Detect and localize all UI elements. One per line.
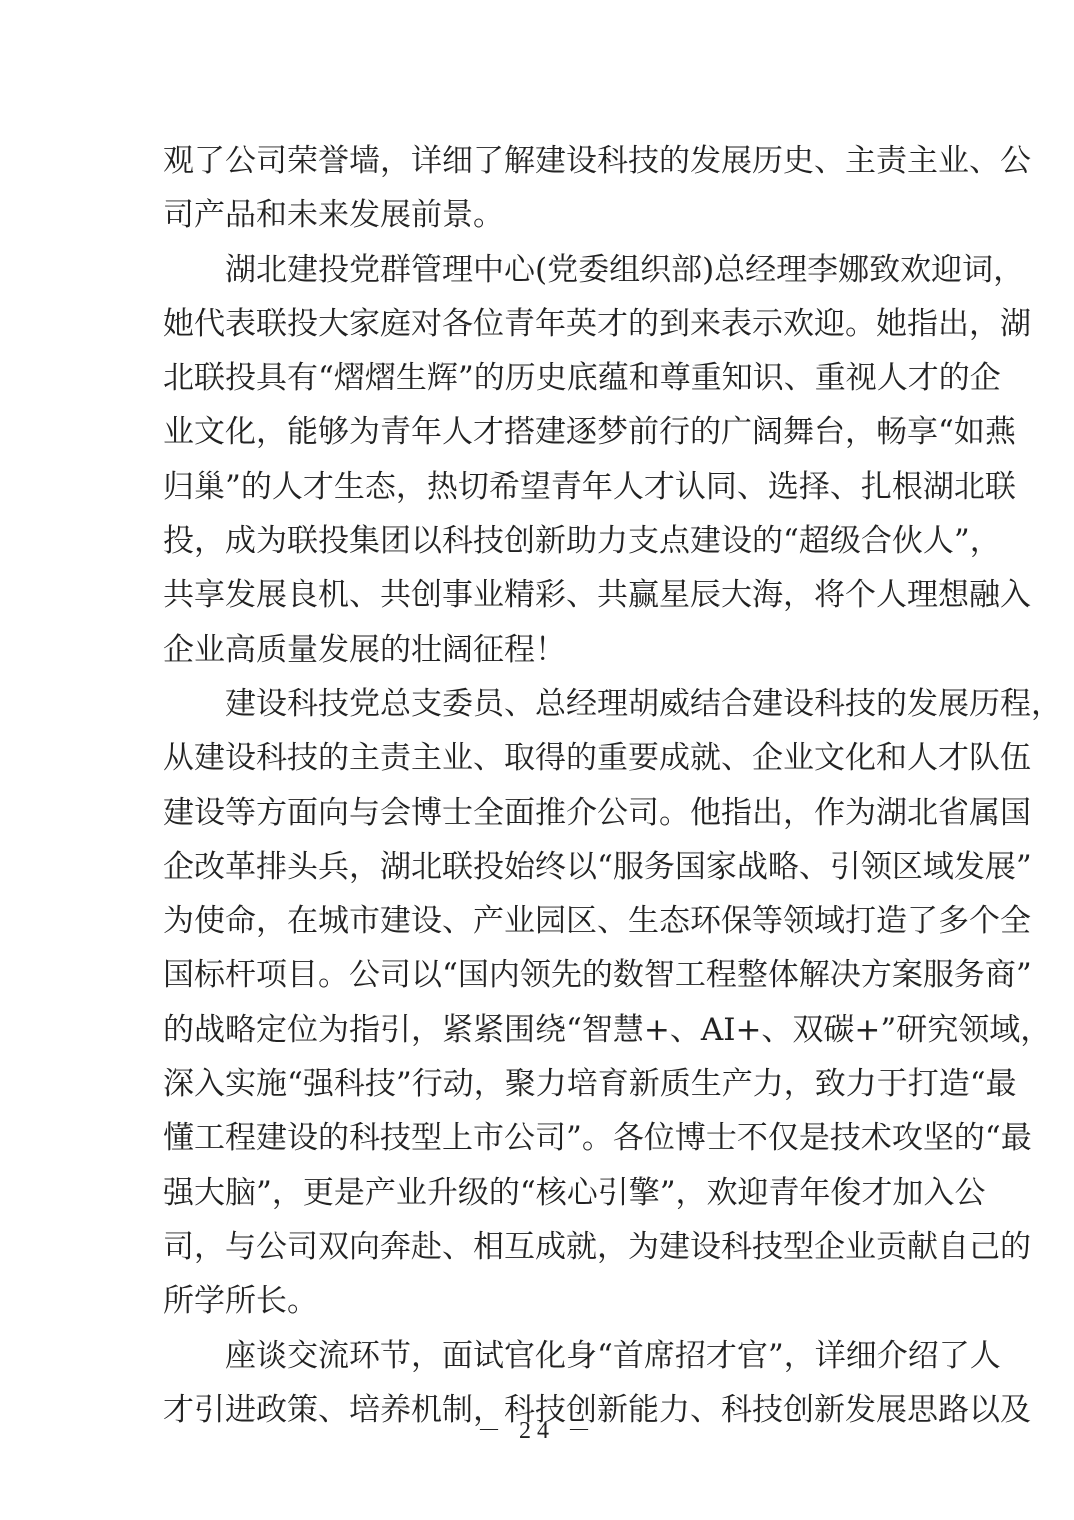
text-line: 共享发展良机、共创事业精彩、共赢星辰大海，将个人理想融入 bbox=[163, 568, 915, 622]
document-page: 观了公司荣誉墙，详细了解建设科技的发展历史、主责主业、公 司产品和未来发展前景。… bbox=[0, 0, 1074, 1520]
text-line: 企改革排头兵，湖北联投始终以“服务国家战略、引领区域发展” bbox=[163, 840, 915, 894]
text-line: 强大脑”，更是产业升级的“核心引擎”，欢迎青年俊才加入公 bbox=[163, 1166, 915, 1220]
text-line: 懂工程建设的科技型上市公司”。各位博士不仅是技术攻坚的“最 bbox=[163, 1111, 915, 1165]
page-number: － 24 － bbox=[0, 1410, 1074, 1445]
text-line: 从建设科技的主责主业、取得的重要成就、企业文化和人才队伍 bbox=[163, 731, 915, 785]
text-line: 座谈交流环节，面试官化身“首席招才官”，详细介绍了人 bbox=[163, 1329, 915, 1383]
text-line: 为使命，在城市建设、产业园区、生态环保等领域打造了多个全 bbox=[163, 894, 915, 948]
text-line: 湖北建投党群管理中心(党委组织部)总经理李娜致欢迎词， bbox=[163, 243, 915, 297]
text-line: 观了公司荣誉墙，详细了解建设科技的发展历史、主责主业、公 bbox=[163, 134, 915, 188]
text-line: 司，与公司双向奔赴、相互成就，为建设科技型企业贡献自己的 bbox=[163, 1220, 915, 1274]
text-line: 建设等方面向与会博士全面推介公司。他指出，作为湖北省属国 bbox=[163, 786, 915, 840]
text-line: 她代表联投大家庭对各位青年英才的到来表示欢迎。她指出，湖 bbox=[163, 297, 915, 351]
text-line: 业文化，能够为青年人才搭建逐梦前行的广阔舞台，畅享“如燕 bbox=[163, 405, 915, 459]
text-line: 北联投具有“熠熠生辉”的历史底蕴和尊重知识、重视人才的企 bbox=[163, 351, 915, 405]
text-line: 所学所长。 bbox=[163, 1274, 915, 1328]
body-text: 观了公司荣誉墙，详细了解建设科技的发展历史、主责主业、公 司产品和未来发展前景。… bbox=[163, 134, 915, 1437]
text-line: 企业高质量发展的壮阔征程！ bbox=[163, 623, 915, 677]
text-line: 投，成为联投集团以科技创新助力支点建设的“超级合伙人”， bbox=[163, 514, 915, 568]
text-line: 国标杆项目。公司以“国内领先的数智工程整体解决方案服务商” bbox=[163, 948, 915, 1002]
text-line: 深入实施“强科技”行动，聚力培育新质生产力，致力于打造“最 bbox=[163, 1057, 915, 1111]
text-line: 建设科技党总支委员、总经理胡威结合建设科技的发展历程， bbox=[163, 677, 915, 731]
text-line: 司产品和未来发展前景。 bbox=[163, 188, 915, 242]
text-line: 归巢”的人才生态，热切希望青年人才认同、选择、扎根湖北联 bbox=[163, 460, 915, 514]
text-line: 的战略定位为指引，紧紧围绕“智慧+、AI+、双碳+”研究领域， bbox=[163, 1003, 915, 1057]
